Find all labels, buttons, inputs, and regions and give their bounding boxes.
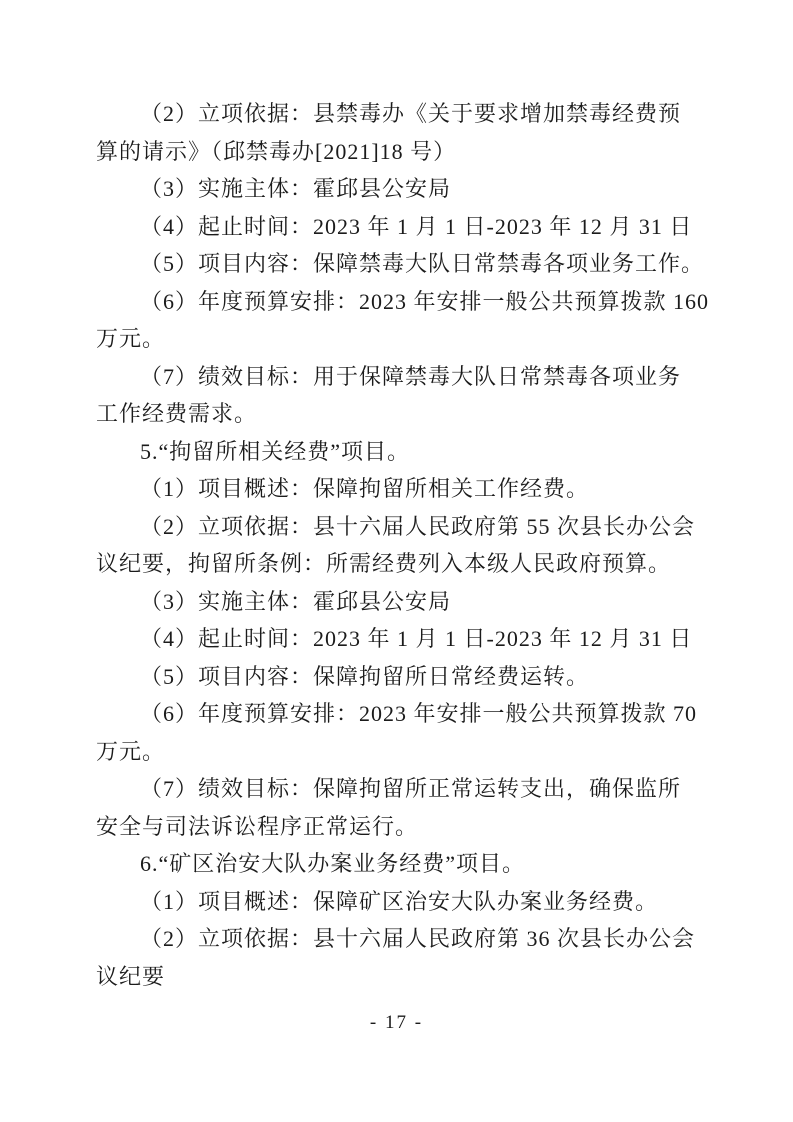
page-footer: - 17 - — [0, 1012, 793, 1034]
text-line: （2）立项依据：县十六届人民政府第 55 次县长办公会 — [96, 508, 697, 546]
text-line: （3）实施主体：霍邱县公安局 — [96, 583, 697, 621]
text-line: 算的请示》（邱禁毒办[2021]18 号） — [96, 133, 697, 171]
text-line: 万元。 — [96, 733, 697, 771]
text-line: （2）立项依据：县十六届人民政府第 36 次县长办公会 — [96, 920, 697, 958]
text-line: （6）年度预算安排：2023 年安排一般公共预算拨款 160 — [96, 283, 697, 321]
text-line: （5）项目内容：保障禁毒大队日常禁毒各项业务工作。 — [96, 245, 697, 283]
text-line: 万元。 — [96, 320, 697, 358]
text-line: 议纪要，拘留所条例：所需经费列入本级人民政府预算。 — [96, 545, 697, 583]
text-line: （2）立项依据：县禁毒办《关于要求增加禁毒经费预 — [96, 95, 697, 133]
text-line: 5.“拘留所相关经费”项目。 — [96, 433, 697, 471]
text-line: 6.“矿区治安大队办案业务经费”项目。 — [96, 845, 697, 883]
text-line: 议纪要 — [96, 958, 697, 996]
text-line: 工作经费需求。 — [96, 395, 697, 433]
text-line: （7）绩效目标：保障拘留所正常运转支出，确保监所 — [96, 770, 697, 808]
page-number: - 17 - — [370, 1012, 423, 1033]
document-page: （2）立项依据：县禁毒办《关于要求增加禁毒经费预 算的请示》（邱禁毒办[2021… — [0, 0, 793, 1122]
text-line: （6）年度预算安排：2023 年安排一般公共预算拨款 70 — [96, 695, 697, 733]
document-body: （2）立项依据：县禁毒办《关于要求增加禁毒经费预 算的请示》（邱禁毒办[2021… — [96, 95, 697, 995]
text-line: （5）项目内容：保障拘留所日常经费运转。 — [96, 658, 697, 696]
text-line: （4）起止时间：2023 年 1 月 1 日-2023 年 12 月 31 日 — [96, 208, 697, 246]
text-line: 安全与司法诉讼程序正常运行。 — [96, 808, 697, 846]
text-line: （3）实施主体：霍邱县公安局 — [96, 170, 697, 208]
text-line: （4）起止时间：2023 年 1 月 1 日-2023 年 12 月 31 日 — [96, 620, 697, 658]
text-line: （1）项目概述：保障拘留所相关工作经费。 — [96, 470, 697, 508]
text-line: （7）绩效目标：用于保障禁毒大队日常禁毒各项业务 — [96, 358, 697, 396]
text-line: （1）项目概述：保障矿区治安大队办案业务经费。 — [96, 883, 697, 921]
